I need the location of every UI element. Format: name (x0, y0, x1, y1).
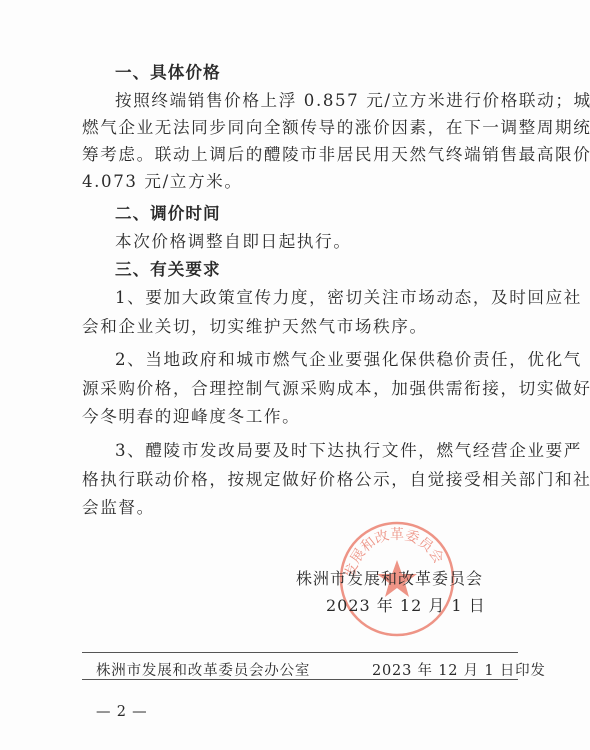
section3-item3: 格执行联动价格，按规定做好价格公示，自觉接受相关部门和社 (82, 470, 522, 490)
footer-bottom-rule (82, 679, 518, 680)
section3-item3: 3、醴陵市发改局要及时下达执行文件，燃气经营企业要严 (115, 441, 555, 461)
footer-office: 株洲市发展和改革委员会办公室 (96, 659, 310, 680)
section2-line: 本次价格调整自即日起执行。 (115, 232, 555, 252)
section3-item2: 2、当地政府和城市燃气企业要强化保供稳价责任，优化气 (115, 350, 555, 370)
page-number: — 2 — (96, 704, 147, 720)
footer-issue-date: 2023 年 12 月 1 日印发 (372, 659, 546, 680)
section1-heading: 一、具体价格 (115, 63, 555, 83)
section3-heading: 三、有关要求 (115, 260, 555, 280)
section1-line: 筹考虑。联动上调后的醴陵市非居民用天然气终端销售最高限价 (82, 145, 522, 165)
section1-line: 按照终端销售价格上浮 0.857 元/立方米进行价格联动；城市 (115, 91, 555, 111)
section3-item1: 会和企业关切，切实维护天然气市场秩序。 (82, 317, 522, 337)
section2-heading: 二、调价时间 (115, 204, 555, 224)
section3-item2: 源采购价格，合理控制气源采购成本，加强供需衔接，切实做好 (82, 379, 522, 399)
signature-org: 株洲市发展和改革委员会 (296, 566, 483, 589)
section1-line: 燃气企业无法同步同向全额传导的涨价因素，在下一调整周期统 (82, 118, 522, 138)
section3-item1: 1、要加大政策宣传力度，密切关注市场动态，及时回应社 (115, 288, 555, 308)
signature-date: 2023 年 12 月 1 日 (326, 593, 486, 616)
footer-top-rule (82, 652, 518, 653)
section1-line: 4.073 元/立方米。 (82, 172, 522, 192)
section3-item3: 会监督。 (82, 498, 522, 518)
section3-item2: 今冬明春的迎峰度冬工作。 (82, 407, 522, 427)
